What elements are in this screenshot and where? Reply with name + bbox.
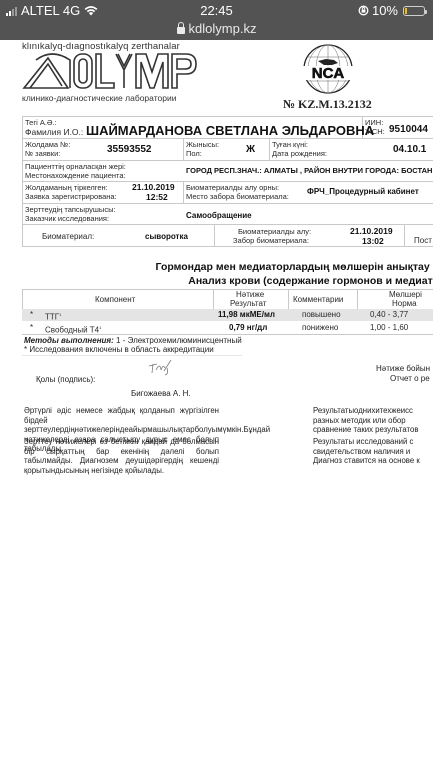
result-bullet: * <box>30 324 33 333</box>
divider <box>288 289 289 309</box>
divider <box>22 289 23 309</box>
name-label-ru: Фамилия И.О.: <box>25 128 83 137</box>
result-norm: 0,40 - 3,77 <box>370 311 408 320</box>
order-label-ru: № заявки: <box>25 150 60 159</box>
status-right: 10% <box>358 3 425 18</box>
divider <box>22 116 23 224</box>
report-title-ru: Анализ крови (содержание гормонов и меди… <box>188 275 433 287</box>
result-comment: повышено <box>302 311 341 320</box>
divider <box>22 203 433 204</box>
collection-date: 21.10.2019 <box>350 227 393 236</box>
status-bar: ALTEL 4G 22:45 10% kdlolymp.kz <box>0 0 433 40</box>
methods-note: Методы выполнения: 1 - Электрохемилюмини… <box>24 336 242 345</box>
nca-accreditation-logo: NCA <box>288 43 368 95</box>
registered-date: 21.10.2019 <box>132 183 175 192</box>
result-value: 0,79 нг/дл <box>229 324 267 333</box>
dob-label-ru: Дата рождения: <box>272 150 327 159</box>
battery-icon <box>403 6 425 16</box>
divider <box>269 138 270 160</box>
signature-label: Қолы (подпись): <box>36 375 95 384</box>
received-label: Пост <box>414 237 432 246</box>
divider <box>22 224 23 246</box>
registered-label-ru: Заявка зарегистрирована: <box>25 193 117 202</box>
iin-label-2: ЖСН: <box>365 128 385 137</box>
collection-place: ФРЧ_Процедурный кабинет <box>307 188 419 197</box>
lock-icon <box>177 27 185 34</box>
biomaterial-label: Биоматериал: <box>42 233 94 242</box>
collection-time: 13:02 <box>362 237 384 246</box>
registered-time: 12:52 <box>146 193 168 202</box>
collection-label-ru: Забор биоматериала: <box>233 237 309 246</box>
result-component: ТТГ1 <box>45 311 61 322</box>
divider <box>22 116 433 117</box>
divider <box>213 289 214 309</box>
patient-iin: 9510044 <box>389 124 428 135</box>
report-label-kz: Нәтиже бойын <box>376 364 430 373</box>
battery-percent: 10% <box>372 3 398 18</box>
col-result-ru: Результат <box>230 300 266 309</box>
disclaimer-ru-2: Результаты исследований с свидетельством… <box>313 437 433 466</box>
customer-label-ru: Заказчик исследования: <box>25 215 109 224</box>
signature-image <box>147 358 175 378</box>
sex-label-ru: Пол: <box>186 150 202 159</box>
order-number: 35593552 <box>107 144 152 155</box>
result-norm: 1,00 - 1,60 <box>370 324 408 333</box>
patient-dob: 04.10.1 <box>393 144 426 155</box>
lab-report-document: klınıkalyq-dıagnostıkalyq zerthanalar кл… <box>0 40 433 770</box>
disclaimer-kz-2: Зерттеу нәтижелері өз бетімен қандай да … <box>24 437 219 475</box>
svg-text:NCA: NCA <box>312 65 345 82</box>
divider <box>214 224 215 246</box>
result-bullet: * <box>30 311 33 320</box>
col-comments: Комментарии <box>293 296 343 305</box>
collection-place-label-ru: Место забора биоматериала: <box>186 193 289 202</box>
divider <box>22 289 433 290</box>
url-bar[interactable]: kdlolymp.kz <box>0 21 433 36</box>
customer: Самообращение <box>186 212 252 221</box>
divider <box>22 334 433 335</box>
certificate-number: № KZ.M.13.2132 <box>283 97 372 112</box>
disclaimer-ru-1: Результатыоднихитехжеисс разных методик … <box>313 406 433 435</box>
divider <box>22 160 433 161</box>
patient-location: ГОРОД РЕСП.ЗНАЧ.: АЛМАТЫ , РАЙОН ВНУТРИ … <box>186 167 432 176</box>
biomaterial: сыворотка <box>145 233 188 242</box>
accreditation-note: * Исследования включены в область аккред… <box>24 345 214 354</box>
brand-tagline-ru: клинико-диагностические лаборатории <box>22 93 176 103</box>
col-component: Компонент <box>95 296 135 305</box>
orientation-lock-icon <box>358 5 369 16</box>
divider <box>22 355 242 356</box>
divider <box>357 289 358 309</box>
location-label-ru: Местонахождение пациента: <box>25 172 126 181</box>
patient-sex: Ж <box>246 144 255 155</box>
report-label-ru: Отчет о ре <box>390 374 430 383</box>
olymp-logo <box>22 50 202 92</box>
result-comment: понижено <box>302 324 338 333</box>
result-value: 11,98 мкМЕ/мл <box>218 311 275 320</box>
signer-name: Бигожаева А. Н. <box>131 389 191 398</box>
divider <box>404 224 405 246</box>
divider <box>183 138 184 160</box>
divider <box>22 224 433 225</box>
patient-name: ШАЙМАРДАНОВА СВЕТЛАНА ЭЛЬДАРОВНА <box>86 124 374 137</box>
divider <box>22 138 433 139</box>
url-text: kdlolymp.kz <box>189 21 257 36</box>
divider <box>183 181 184 203</box>
report-title-kz: Гормондар мен медиаторлардың мөлшерін ан… <box>156 261 433 273</box>
divider <box>22 246 433 247</box>
col-norm-ru: Норма <box>392 300 417 309</box>
divider <box>22 181 433 182</box>
